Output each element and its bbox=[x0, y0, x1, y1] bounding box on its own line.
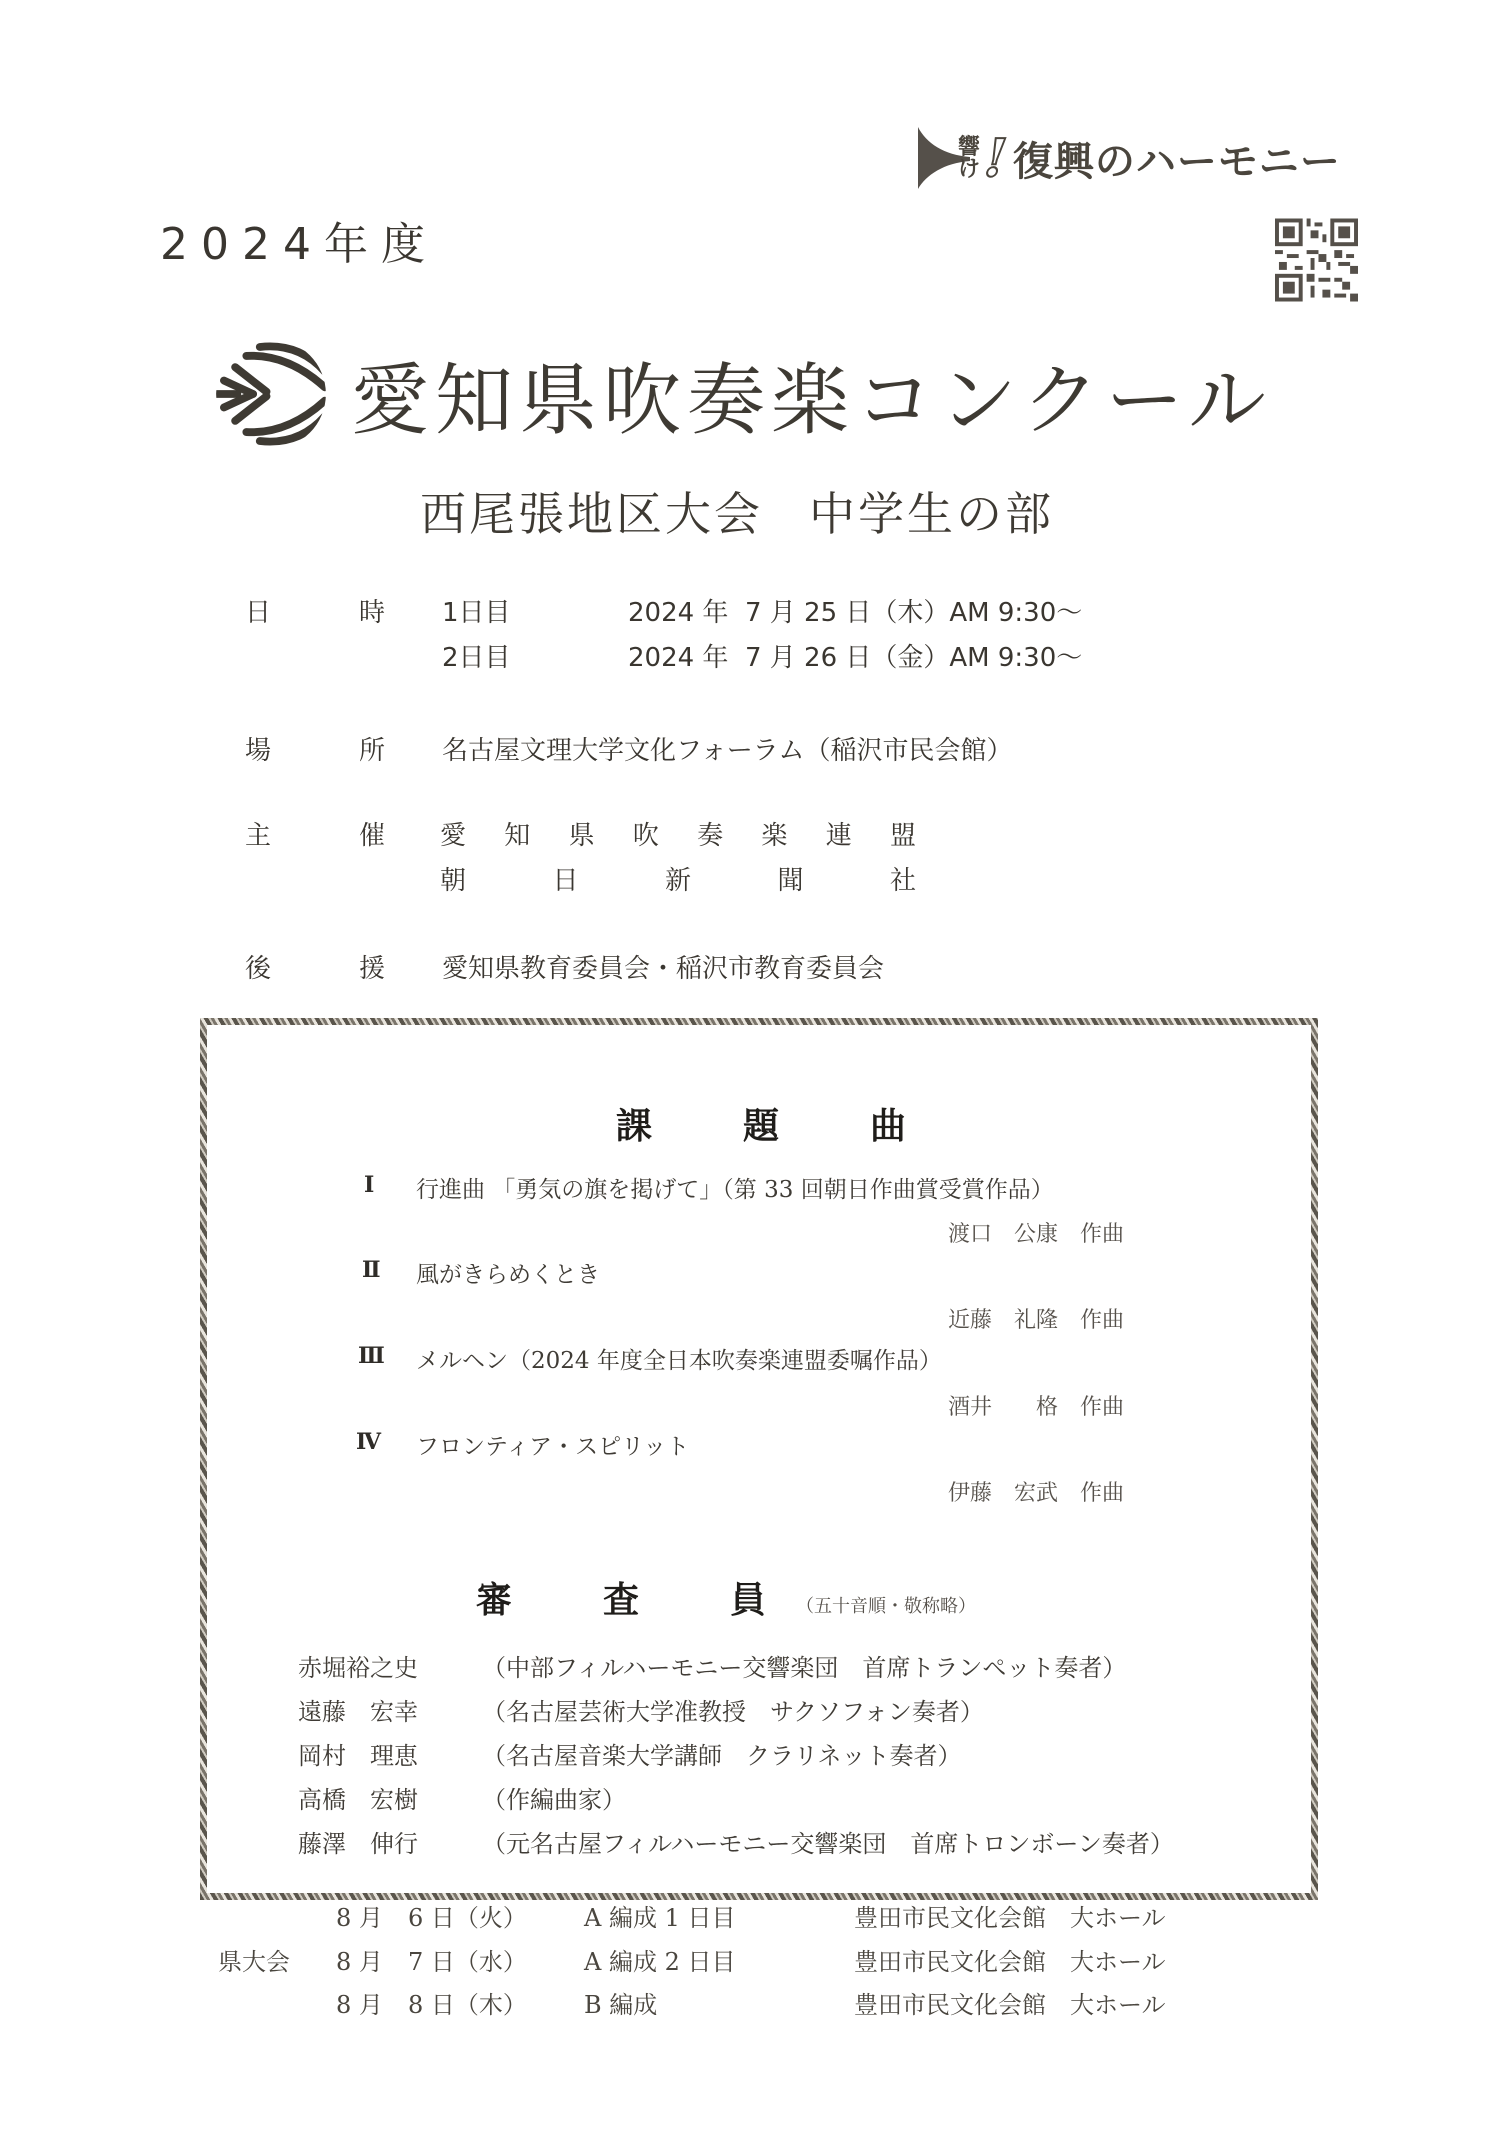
day-1-date: 2024 年 7 月 25 日（木）AM 9:30～ bbox=[628, 592, 1082, 629]
pref-venue: 豊田市民文化会館 大ホール bbox=[854, 1985, 1166, 2020]
organizer-line-2: 朝日新聞社 bbox=[440, 860, 916, 897]
subtitle: 西尾張地区大会中学生の部 bbox=[420, 478, 1054, 544]
piece-number: Ⅰ bbox=[364, 1172, 374, 1198]
venue-label: 場所 bbox=[245, 730, 385, 767]
pref-section: A 編成 1 日目 bbox=[584, 1898, 736, 1933]
pref-section: A 編成 2 日目 bbox=[584, 1942, 736, 1977]
judges-heading: 審査員 （五十音順・敬称略） bbox=[476, 1572, 976, 1623]
judge-name: 藤澤 伸行 bbox=[298, 1824, 418, 1859]
aichi-band-federation-logo-icon bbox=[215, 338, 327, 450]
piece-title: 風がきらめくとき bbox=[416, 1256, 600, 1289]
day-1-label: 1日目 bbox=[442, 592, 511, 629]
pref-venue: 豊田市民文化会館 大ホール bbox=[854, 1942, 1166, 1977]
piece-composer: 渡口 公康 作曲 bbox=[948, 1217, 1124, 1248]
judges-note: （五十音順・敬称略） bbox=[796, 1592, 976, 1618]
piece-composer: 近藤 礼隆 作曲 bbox=[948, 1303, 1124, 1334]
pref-day: 7 日（水） bbox=[408, 1942, 527, 1977]
piece-composer: 伊藤 宏武 作曲 bbox=[948, 1476, 1124, 1507]
piece-number: Ⅱ bbox=[362, 1257, 381, 1283]
support-label: 後援 bbox=[245, 948, 385, 985]
judge-role: （中部フィルハーモニー交響楽団 首席トランペット奏者） bbox=[482, 1648, 1126, 1683]
pref-day: 8 日（木） bbox=[408, 1985, 527, 2020]
judge-name: 赤堀裕之史 bbox=[298, 1648, 418, 1683]
judge-role: （元名古屋フィルハーモニー交響楽団 首席トロンボーン奏者） bbox=[482, 1824, 1174, 1859]
organizer-line-1: 愛知県吹奏楽連盟 bbox=[440, 815, 916, 852]
title-row: 愛知県吹奏楽コンクール bbox=[215, 338, 1272, 450]
slogan-text: 復興のハーモニー bbox=[1013, 130, 1341, 187]
day-2-label: 2日目 bbox=[442, 637, 511, 674]
venue-value: 名古屋文理大学文化フォーラム（稲沢市民会館） bbox=[442, 730, 1012, 767]
judge-name: 遠藤 宏幸 bbox=[298, 1692, 418, 1727]
fiscal-year: 2024年度 bbox=[160, 208, 438, 272]
datetime-label: 日時 bbox=[245, 592, 385, 629]
division-name: 中学生の部 bbox=[809, 487, 1054, 541]
judge-name: 岡村 理恵 bbox=[298, 1736, 418, 1771]
judge-role: （作編曲家） bbox=[482, 1780, 626, 1815]
organizer-label: 主催 bbox=[245, 815, 385, 852]
piece-number: Ⅲ bbox=[358, 1343, 385, 1369]
judge-role: （名古屋音楽大学講師 クラリネット奏者） bbox=[482, 1736, 962, 1771]
piece-number: Ⅳ bbox=[356, 1429, 381, 1455]
piece-composer: 酒井 格 作曲 bbox=[948, 1390, 1124, 1421]
set-pieces-heading: 課題曲 bbox=[616, 1098, 906, 1149]
piece-title: 行進曲 「勇気の旗を掲げて」（第 33 回朝日作曲賞受賞作品） bbox=[416, 1171, 1054, 1204]
piece-title: フロンティア・スピリット bbox=[416, 1428, 689, 1461]
pref-month: 8 月 bbox=[336, 1985, 383, 2020]
reconstruction-harmony-banner: 響 け ! 復興のハーモニー bbox=[916, 118, 1341, 198]
judge-name: 高橋 宏樹 bbox=[298, 1780, 418, 1815]
pref-venue: 豊田市民文化会館 大ホール bbox=[854, 1898, 1166, 1933]
qr-code-icon[interactable] bbox=[1275, 218, 1358, 302]
page-title: 愛知県吹奏楽コンクール bbox=[351, 338, 1272, 450]
pref-day: 6 日（火） bbox=[408, 1898, 527, 1933]
district-name: 西尾張地区大会 bbox=[420, 487, 763, 541]
prefectural-label: 県大会 bbox=[218, 1942, 290, 1977]
pref-month: 8 月 bbox=[336, 1898, 383, 1933]
day-2-date: 2024 年 7 月 26 日（金）AM 9:30～ bbox=[628, 637, 1082, 674]
pref-section: B 編成 bbox=[584, 1985, 657, 2020]
support-value: 愛知県教育委員会・稲沢市教育委員会 bbox=[442, 948, 884, 985]
judge-role: （名古屋芸術大学准教授 サクソフォン奏者） bbox=[482, 1692, 984, 1727]
pref-month: 8 月 bbox=[336, 1942, 383, 1977]
piece-title: メルヘン（2024 年度全日本吹奏楽連盟委嘱作品） bbox=[416, 1342, 942, 1375]
